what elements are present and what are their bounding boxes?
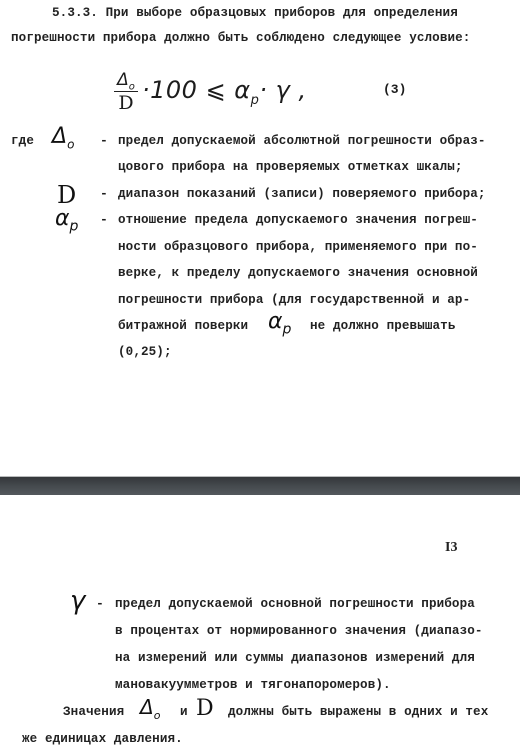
gamma-line-2: в процентах от нормированного значения (… (115, 623, 483, 639)
alpha-inline-sub: p (283, 321, 292, 337)
definition-alpha-line-5-tail: не должно превышать (310, 318, 456, 334)
gamma-line-3: на измерений или суммы диапазонов измере… (115, 650, 475, 666)
closing-conj: и (180, 704, 188, 720)
d-symbol: D (57, 181, 76, 209)
definition-delta-line-1: предел допускаемой абсолютной погрешност… (118, 133, 486, 149)
gamma-line-1: предел допускаемой основной погрешности … (115, 596, 475, 612)
alpha-inline-glyph: α (268, 309, 283, 334)
page-number: I3 (445, 540, 457, 556)
definition-dash: - (100, 186, 108, 201)
definition-alpha-line-4: погрешности прибора (для государственной… (118, 292, 470, 308)
alpha-sub: p (70, 218, 79, 234)
formula-rest-b: · γ , (259, 76, 306, 104)
page-separator (0, 476, 520, 495)
formula-rest: ·100 ⩽ αp· γ , (142, 76, 307, 108)
closing-suffix: должны быть выражены в одних и тех (228, 704, 488, 720)
closing-d-symbol: D (196, 696, 214, 721)
formula-3: Δо D ·100 ⩽ αp· γ , (112, 66, 342, 116)
gamma-line-4: мановакуумметров и тягонапоромеров). (115, 677, 391, 693)
definition-delta-line-2: цового прибора на проверяемых отметках ш… (118, 159, 463, 175)
formula-denominator: D (112, 92, 140, 114)
closing-delta-glyph: Δ (140, 695, 154, 719)
delta-sub: о (67, 137, 74, 151)
delta-symbol: Δ (117, 70, 129, 90)
definition-alpha-line-1: отношение предела допускаемого значения … (118, 212, 478, 228)
definition-dash: - (96, 596, 104, 611)
formula-numerator: Δо (112, 70, 140, 92)
paragraph-line-1: 5.3.3. При выборе образцовых приборов дл… (52, 5, 458, 21)
definition-alpha-line-6: (0,25); (118, 344, 172, 360)
definition-d-line-1: диапазон показаний (записи) поверяемого … (118, 186, 486, 202)
gamma-symbol: γ (70, 586, 85, 616)
closing-delta-sub: о (154, 709, 161, 722)
definition-dash: - (100, 133, 108, 148)
closing-line-2: же единицах давления. (22, 731, 183, 747)
closing-delta-symbol: Δо (140, 695, 160, 722)
alpha-p-inline-symbol: αp (268, 309, 291, 337)
definition-alpha-line-2: ности образцового прибора, применяемого … (118, 239, 478, 255)
delta-glyph: Δ (52, 124, 67, 149)
definition-dash: - (100, 212, 108, 227)
alpha-glyph: α (55, 206, 70, 231)
closing-prefix: Значения (63, 704, 124, 720)
where-label: где (11, 133, 34, 149)
paragraph-line-2: погрешности прибора должно быть соблюден… (11, 30, 470, 46)
delta-o-symbol: Δо (52, 124, 74, 151)
formula-rest-a: ·100 ⩽ α (142, 76, 251, 104)
equation-number: (3) (383, 82, 406, 97)
definition-alpha-line-5: битражной поверки (118, 318, 248, 334)
definition-alpha-line-3: верке, к пределу допускаемого значения о… (118, 265, 478, 281)
alpha-p-symbol: αp (55, 206, 78, 234)
